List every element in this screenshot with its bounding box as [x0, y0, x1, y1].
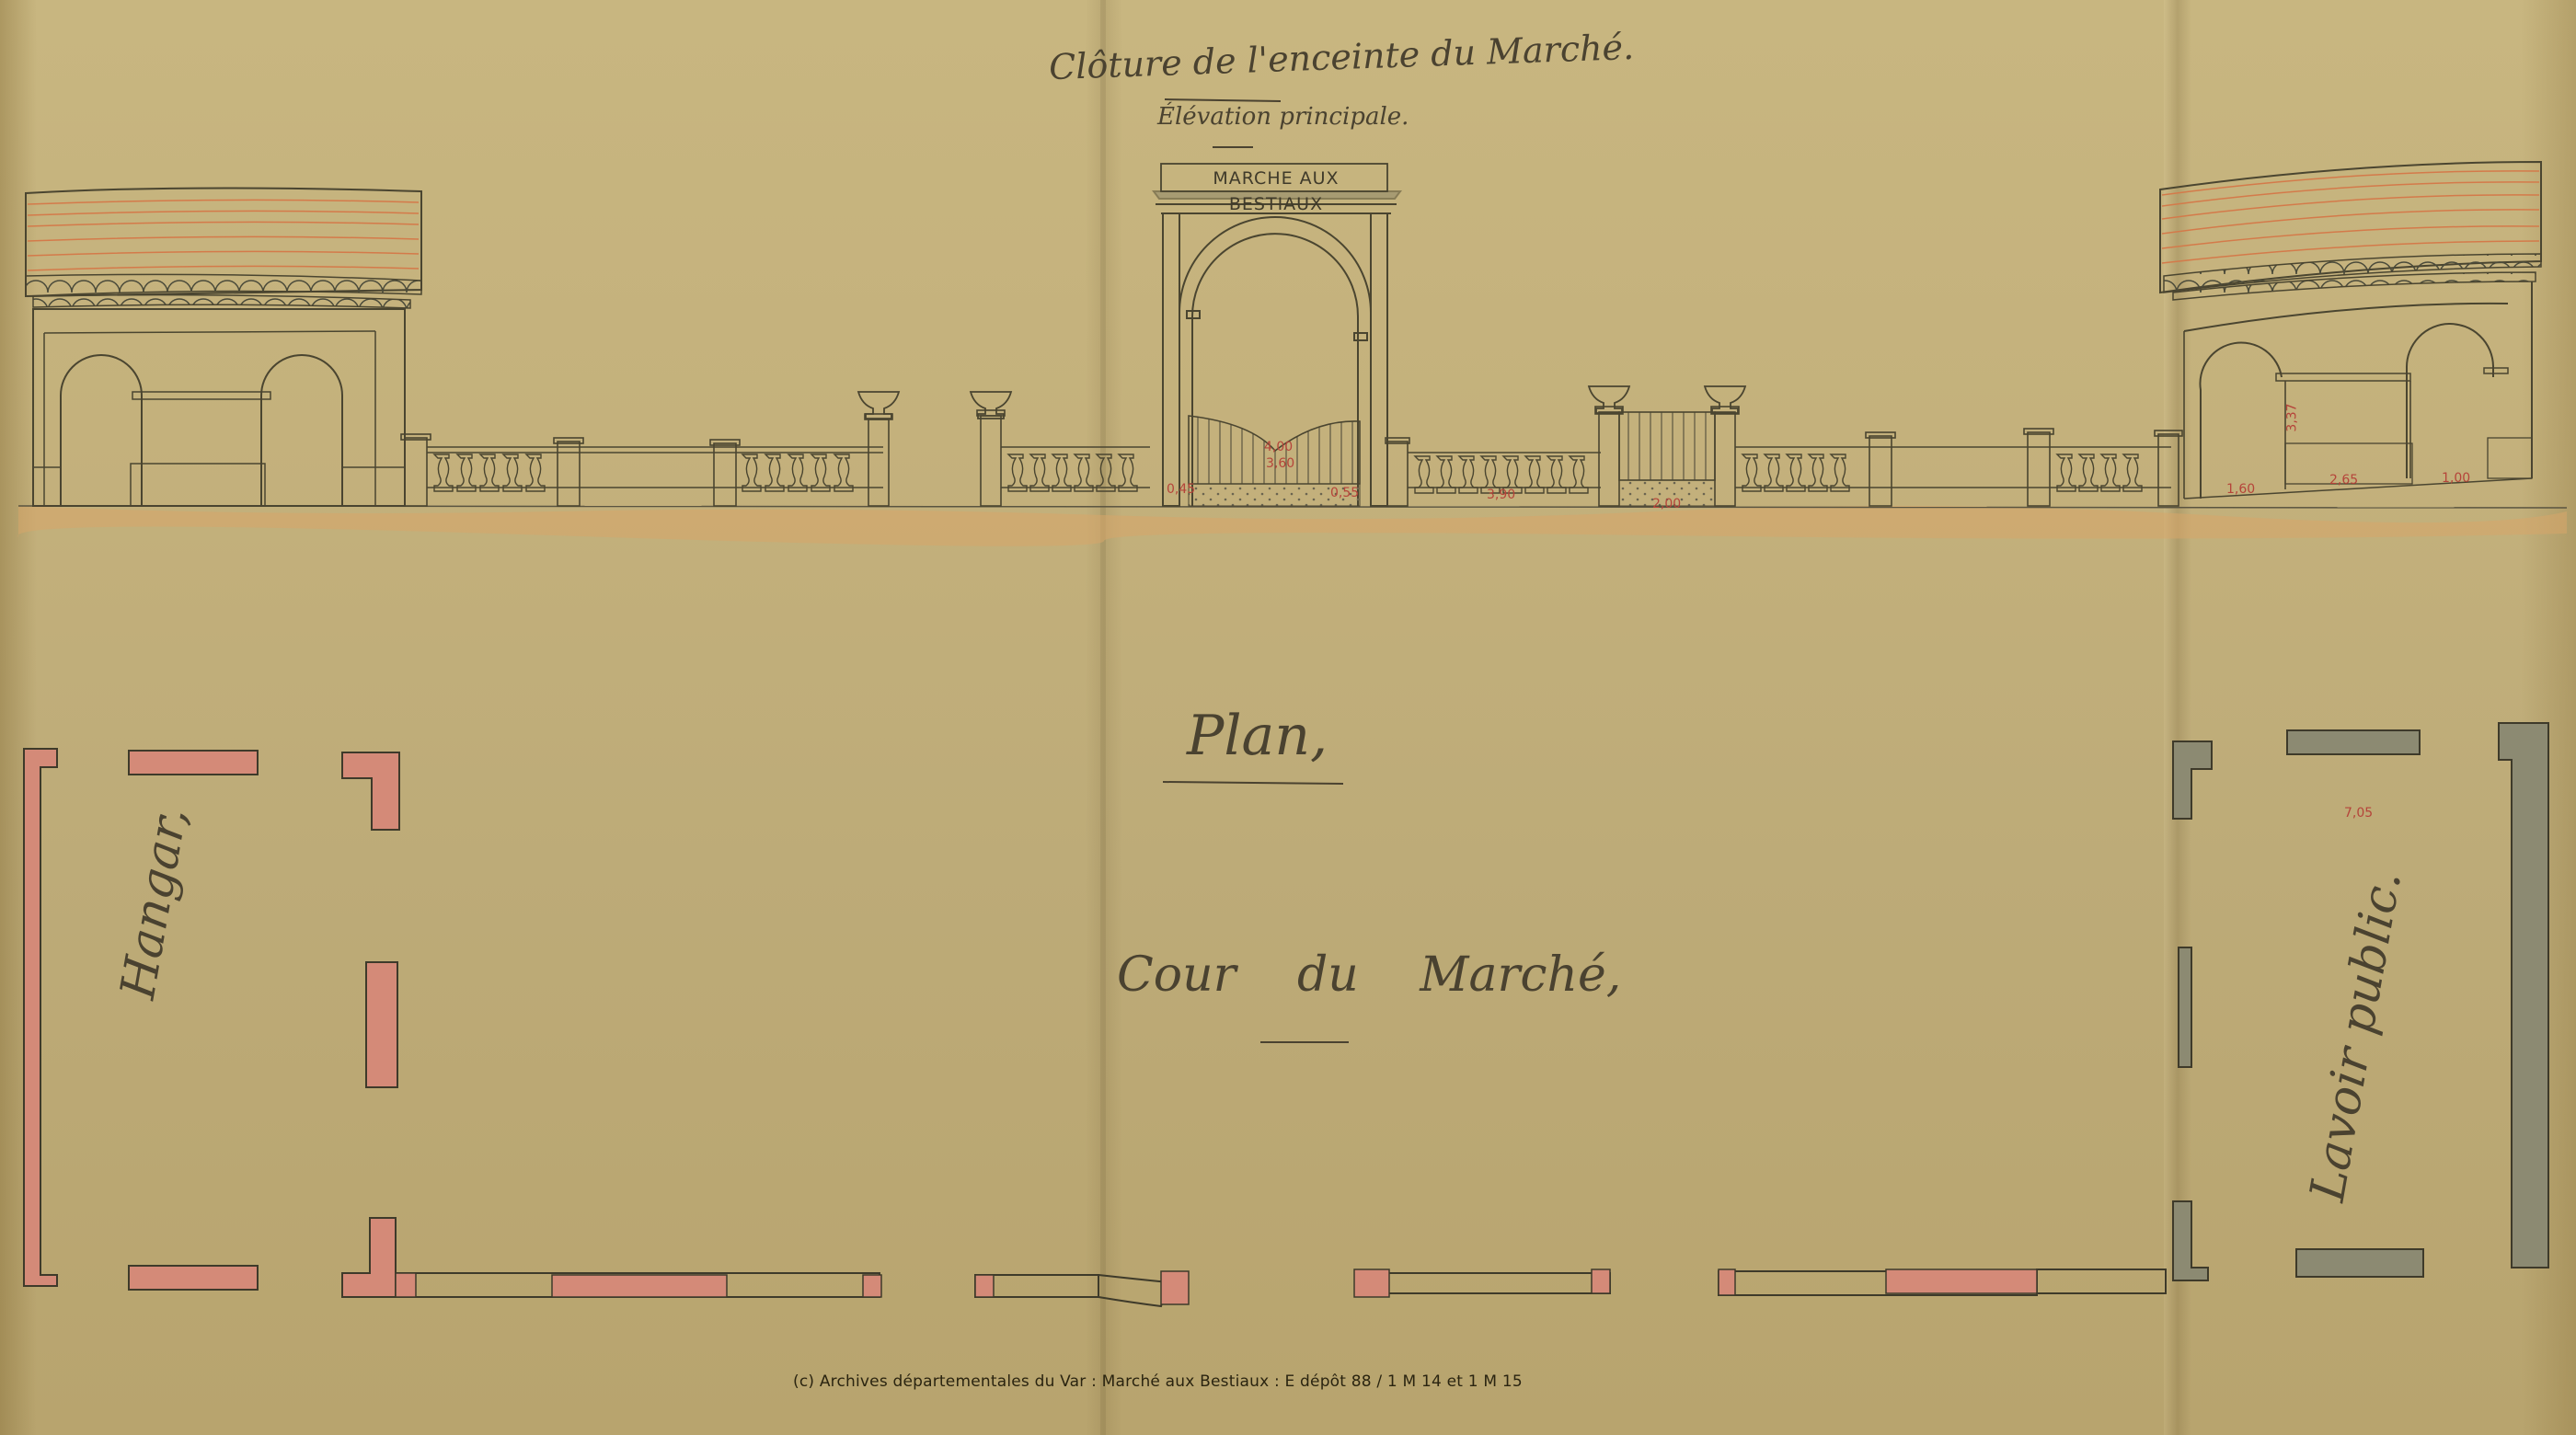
balustrade-left	[401, 414, 892, 506]
front-wall-piers	[396, 1269, 2037, 1304]
balusters-left	[434, 454, 853, 491]
ground-wash	[17, 506, 2567, 546]
lavoir-elevation	[2160, 162, 2541, 499]
lavoir-plan	[2173, 723, 2548, 1280]
main-gate	[1154, 164, 1400, 506]
roof-tiles	[2162, 171, 2539, 263]
title-underlines	[1163, 99, 1349, 1042]
archive-caption: (c) Archives départementales du Var : Ma…	[793, 1372, 1523, 1391]
hangar-plan	[24, 749, 399, 1297]
elevation	[17, 162, 2567, 546]
architectural-drawing	[0, 0, 2576, 1435]
hangar-elevation	[26, 188, 421, 506]
plan	[24, 723, 2548, 1306]
roof-tiles	[28, 200, 419, 270]
paper-sheet: Clôture de l'enceinte du Marché. Élévati…	[0, 0, 2576, 1435]
